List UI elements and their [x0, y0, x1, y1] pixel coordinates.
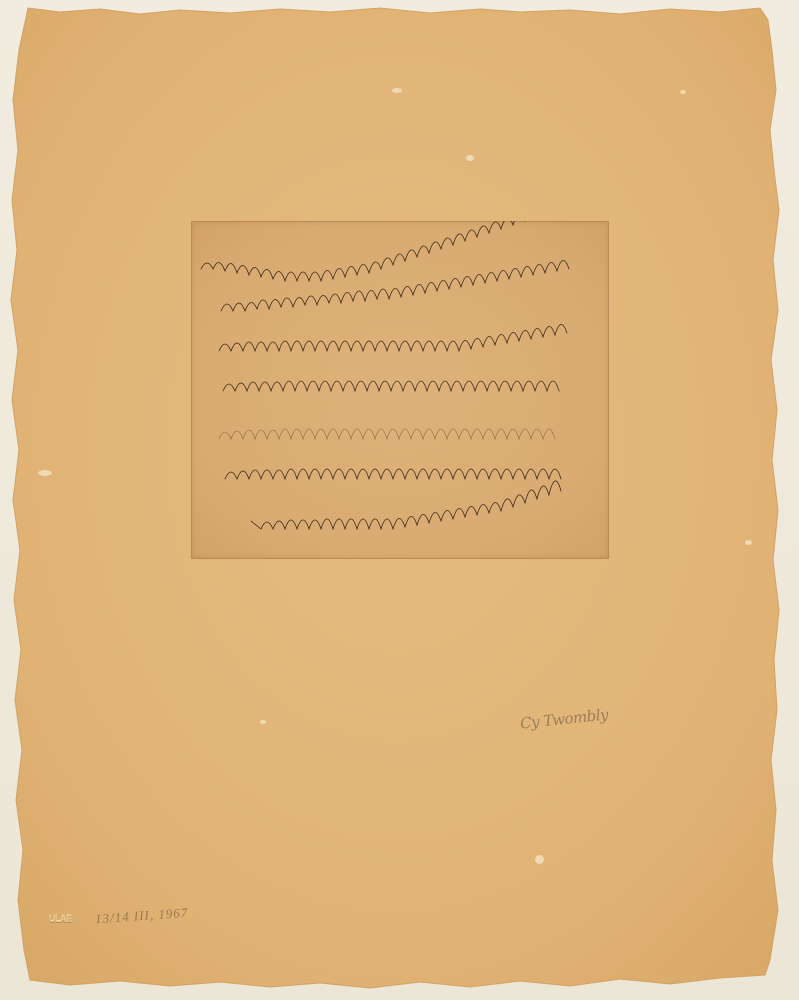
publisher-chop-mark: ULAE — [49, 914, 72, 924]
scribble-row-3 — [219, 324, 567, 351]
etching-plate — [191, 221, 609, 559]
scribble-row-2 — [221, 260, 569, 311]
scribble-row-5-faint — [219, 429, 555, 439]
scribble-row-7 — [251, 481, 561, 529]
paper-fleck — [680, 90, 686, 94]
paper-fleck — [38, 470, 52, 476]
scribble-row-6 — [225, 469, 561, 479]
paper-fleck — [392, 88, 402, 93]
scribble-lines — [191, 221, 609, 559]
scribble-row-1 — [201, 221, 561, 281]
scribble-row-4 — [223, 381, 559, 391]
paper-fleck — [466, 155, 474, 161]
paper-fleck — [745, 540, 752, 545]
paper-fleck — [260, 720, 266, 724]
paper-fleck — [535, 855, 544, 864]
